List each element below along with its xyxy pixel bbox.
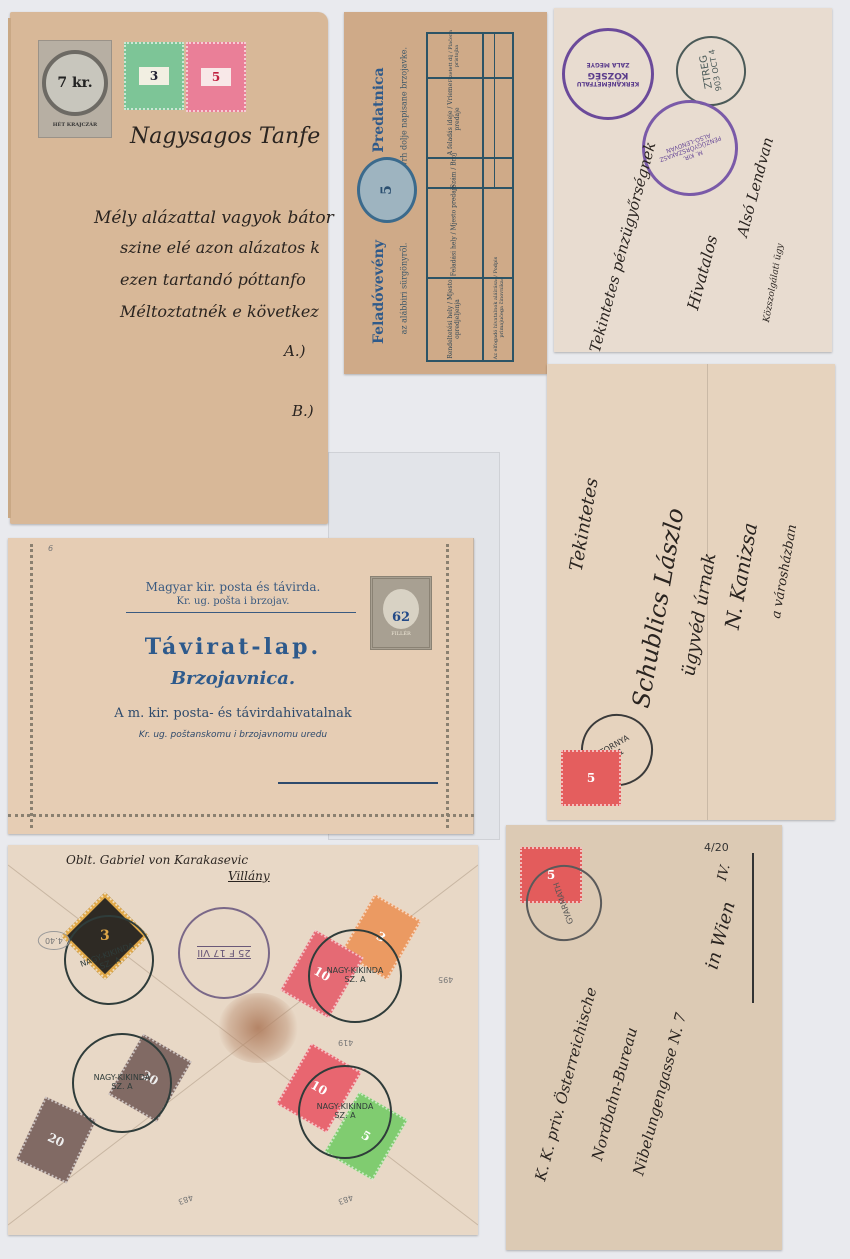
receipt-col-fee: Fizetett díj / Plaćena pristojba <box>448 26 460 86</box>
pink-stamp-value: 5 <box>201 68 231 86</box>
receipt-col-destination: Rendeltetési hely / Mjesto opredjeljenja <box>447 269 461 369</box>
table-row-line <box>426 77 514 79</box>
receipt-subtitle-alt: vrh dolje napisane brzojavke. <box>400 32 409 182</box>
salutation: Nagysagos Tanfe <box>130 124 320 149</box>
letter-item-b: B.) <box>292 402 314 420</box>
revenue-stamp-caption: HÉT KRAJCZÁR <box>53 122 97 128</box>
imprinted-stamp-62: 62 FILLÉR <box>370 576 432 650</box>
envelope-to-wien: 5 GYARMATH K. K. priv. Österreichische N… <box>506 825 782 1250</box>
folded-line-4: N. Kanizsa <box>720 521 762 631</box>
letter-line-2: szine elé azon alázatos k <box>120 238 320 257</box>
kikinda-postmark-3: NAGY-KIKINDASZ. A <box>72 1033 172 1133</box>
imprinted-stamp-value: 62 <box>383 589 419 629</box>
letter-item-a: A.) <box>284 342 305 360</box>
pencil-note: 4/20 <box>704 841 729 854</box>
pencil-note: 495 <box>438 975 453 984</box>
stain <box>218 993 298 1063</box>
perforation-right <box>446 544 449 828</box>
kikinda-postmark-4-sub: SZ. A <box>334 1111 355 1120</box>
table-border-right <box>512 32 514 362</box>
perforation-bottom <box>8 814 474 817</box>
wien-line-4: in Wien <box>702 899 740 971</box>
pink-stamp: 5 <box>186 42 246 112</box>
folded-line-2: Schublics Lászlo <box>627 506 690 710</box>
gyarmath-postmark-town: GYARMATH <box>552 881 575 925</box>
receipt-title: Feladóvevény <box>371 217 387 367</box>
wien-line-5: IV. <box>715 863 734 883</box>
revenue-stamp-value: 7 kr. <box>42 50 108 116</box>
pencil-note: 4.40 <box>38 931 70 950</box>
folded-line-1: Tekintetes <box>566 476 603 573</box>
red-stamp: 5 <box>561 750 621 806</box>
green-stamp: 3 <box>124 42 184 110</box>
receiving-postmark: 25 F 17 VII <box>178 907 270 999</box>
sender-town: Villány <box>228 869 270 883</box>
telegram-addressee-alt: Kr. ug. poštanskomu i brzojavnomu uredu <box>78 730 388 740</box>
kikinda-postmark-2-town: NAGY-KIKINDA <box>327 966 384 975</box>
receiving-postmark-date: 25 F 17 VII <box>197 947 250 960</box>
village-cachet-bottom: ZALA MEGYE <box>587 61 630 68</box>
table-border-top <box>426 32 514 34</box>
kikinda-postmark-4: NAGY-KIKINDASZ. A <box>298 1065 392 1159</box>
perforation-left <box>30 544 33 828</box>
receipt-col-time: A feladás ideje / Vrieme predaje <box>447 79 461 159</box>
imprinted-stamp-caption: FILLÉR <box>391 631 411 637</box>
telegram-title: Távirat-lap. <box>108 634 358 660</box>
kikinda-postmark-3-sub: SZ. A <box>111 1082 132 1091</box>
village-cachet-top: KERKANÉMETFALU <box>577 80 639 87</box>
folded-line-5: a városházban <box>769 523 800 619</box>
card3-official: Hivatalos <box>683 233 721 312</box>
address-line <box>278 782 438 784</box>
imprinted-stamp-value: 5 <box>379 185 395 195</box>
finance-guard-cachet-text: M. KIR. PÉNZÜGYŐRSZAKASZ ALSÓ-LENDVÁN <box>654 127 727 170</box>
village-cachet: KERKANÉMETFALUKÖZSÉGZALA MEGYE <box>562 28 654 120</box>
receipt-footer: Az elfogadó hivatalnok aláírása: / Podpi… <box>493 243 505 373</box>
telegram-receipt-form: Feladóvevény az alábbiri sürgönyről. Pre… <box>344 12 547 374</box>
table-col-line <box>494 32 495 187</box>
table-row-line <box>426 187 514 189</box>
kikinda-postmark-2: NAGY-KIKINDASZ. A <box>308 929 402 1023</box>
green-stamp-value: 3 <box>139 67 169 85</box>
village-cachet-center: KÖZSÉG <box>588 70 629 80</box>
table-row-line <box>426 157 514 159</box>
table-border-left <box>426 32 428 362</box>
red-stamp-value: 5 <box>587 771 595 785</box>
card3-public-service: Közszolgálati ügy <box>762 243 786 323</box>
telegram-letter-card: 6 Magyar kir. posta és távirda. Kr. ug. … <box>8 538 474 834</box>
header-rule <box>126 612 356 613</box>
telegram-addressee: A m. kir. posta- és távirdahivatalnak <box>78 706 388 721</box>
registered-envelope-back: Oblt. Gabriel von Karakasevic Villány 3 … <box>8 845 478 1235</box>
folded-line-3: ügyvéd úrnak <box>678 551 720 678</box>
folded-letter: Tekintetes Schublics Lászlo ügyvéd úrnak… <box>547 364 835 820</box>
address-underline <box>752 853 754 1003</box>
letter-line-1: Mély alázattal vagyok bátor <box>94 208 334 228</box>
telegram-header: Magyar kir. posta és távirda. <box>108 580 358 594</box>
letter-with-stamps: 7 kr. HÉT KRAJCZÁR 3 5 Nagysagos Tanfe M… <box>10 12 328 524</box>
table-border-mid <box>482 32 484 362</box>
card3-addressee: Tekintetes pénzügyőrségnek <box>586 140 660 355</box>
telegram-header-alt: Kr. ug. pošta i brzojav. <box>108 596 358 607</box>
letter-line-4: Méltoztatnék e következ <box>120 302 319 321</box>
wien-line-2: Nordbahn-Bureau <box>588 1025 641 1162</box>
letter-line-3: ezen tartandó póttanfo <box>120 270 306 289</box>
revenue-stamp: 7 kr. HÉT KRAJCZÁR <box>38 40 112 138</box>
kikinda-postmark-2-sub: SZ. A <box>344 975 365 984</box>
corner-pencil-note: 6 <box>48 544 53 553</box>
sender-line: Oblt. Gabriel von Karakasevic <box>66 853 248 867</box>
receipt-subtitle: az alábbiri sürgönyről. <box>400 214 409 364</box>
brown-stamp-2-value: 20 <box>45 1130 66 1150</box>
kikinda-postmark-3-town: NAGY-KIKINDA <box>94 1073 151 1082</box>
kikinda-postmark-4-town: NAGY-KIKINDA <box>317 1102 374 1111</box>
card3-town: Alsó Lendvan <box>733 135 777 238</box>
imprinted-stamp: 5 <box>357 157 417 223</box>
pencil-note: 419 <box>338 1038 353 1047</box>
official-card-with-cachets: KERKANÉMETFALUKÖZSÉGZALA MEGYE ZTREG903 … <box>554 8 832 352</box>
telegram-title-alt: Brzojavnica. <box>108 668 358 689</box>
